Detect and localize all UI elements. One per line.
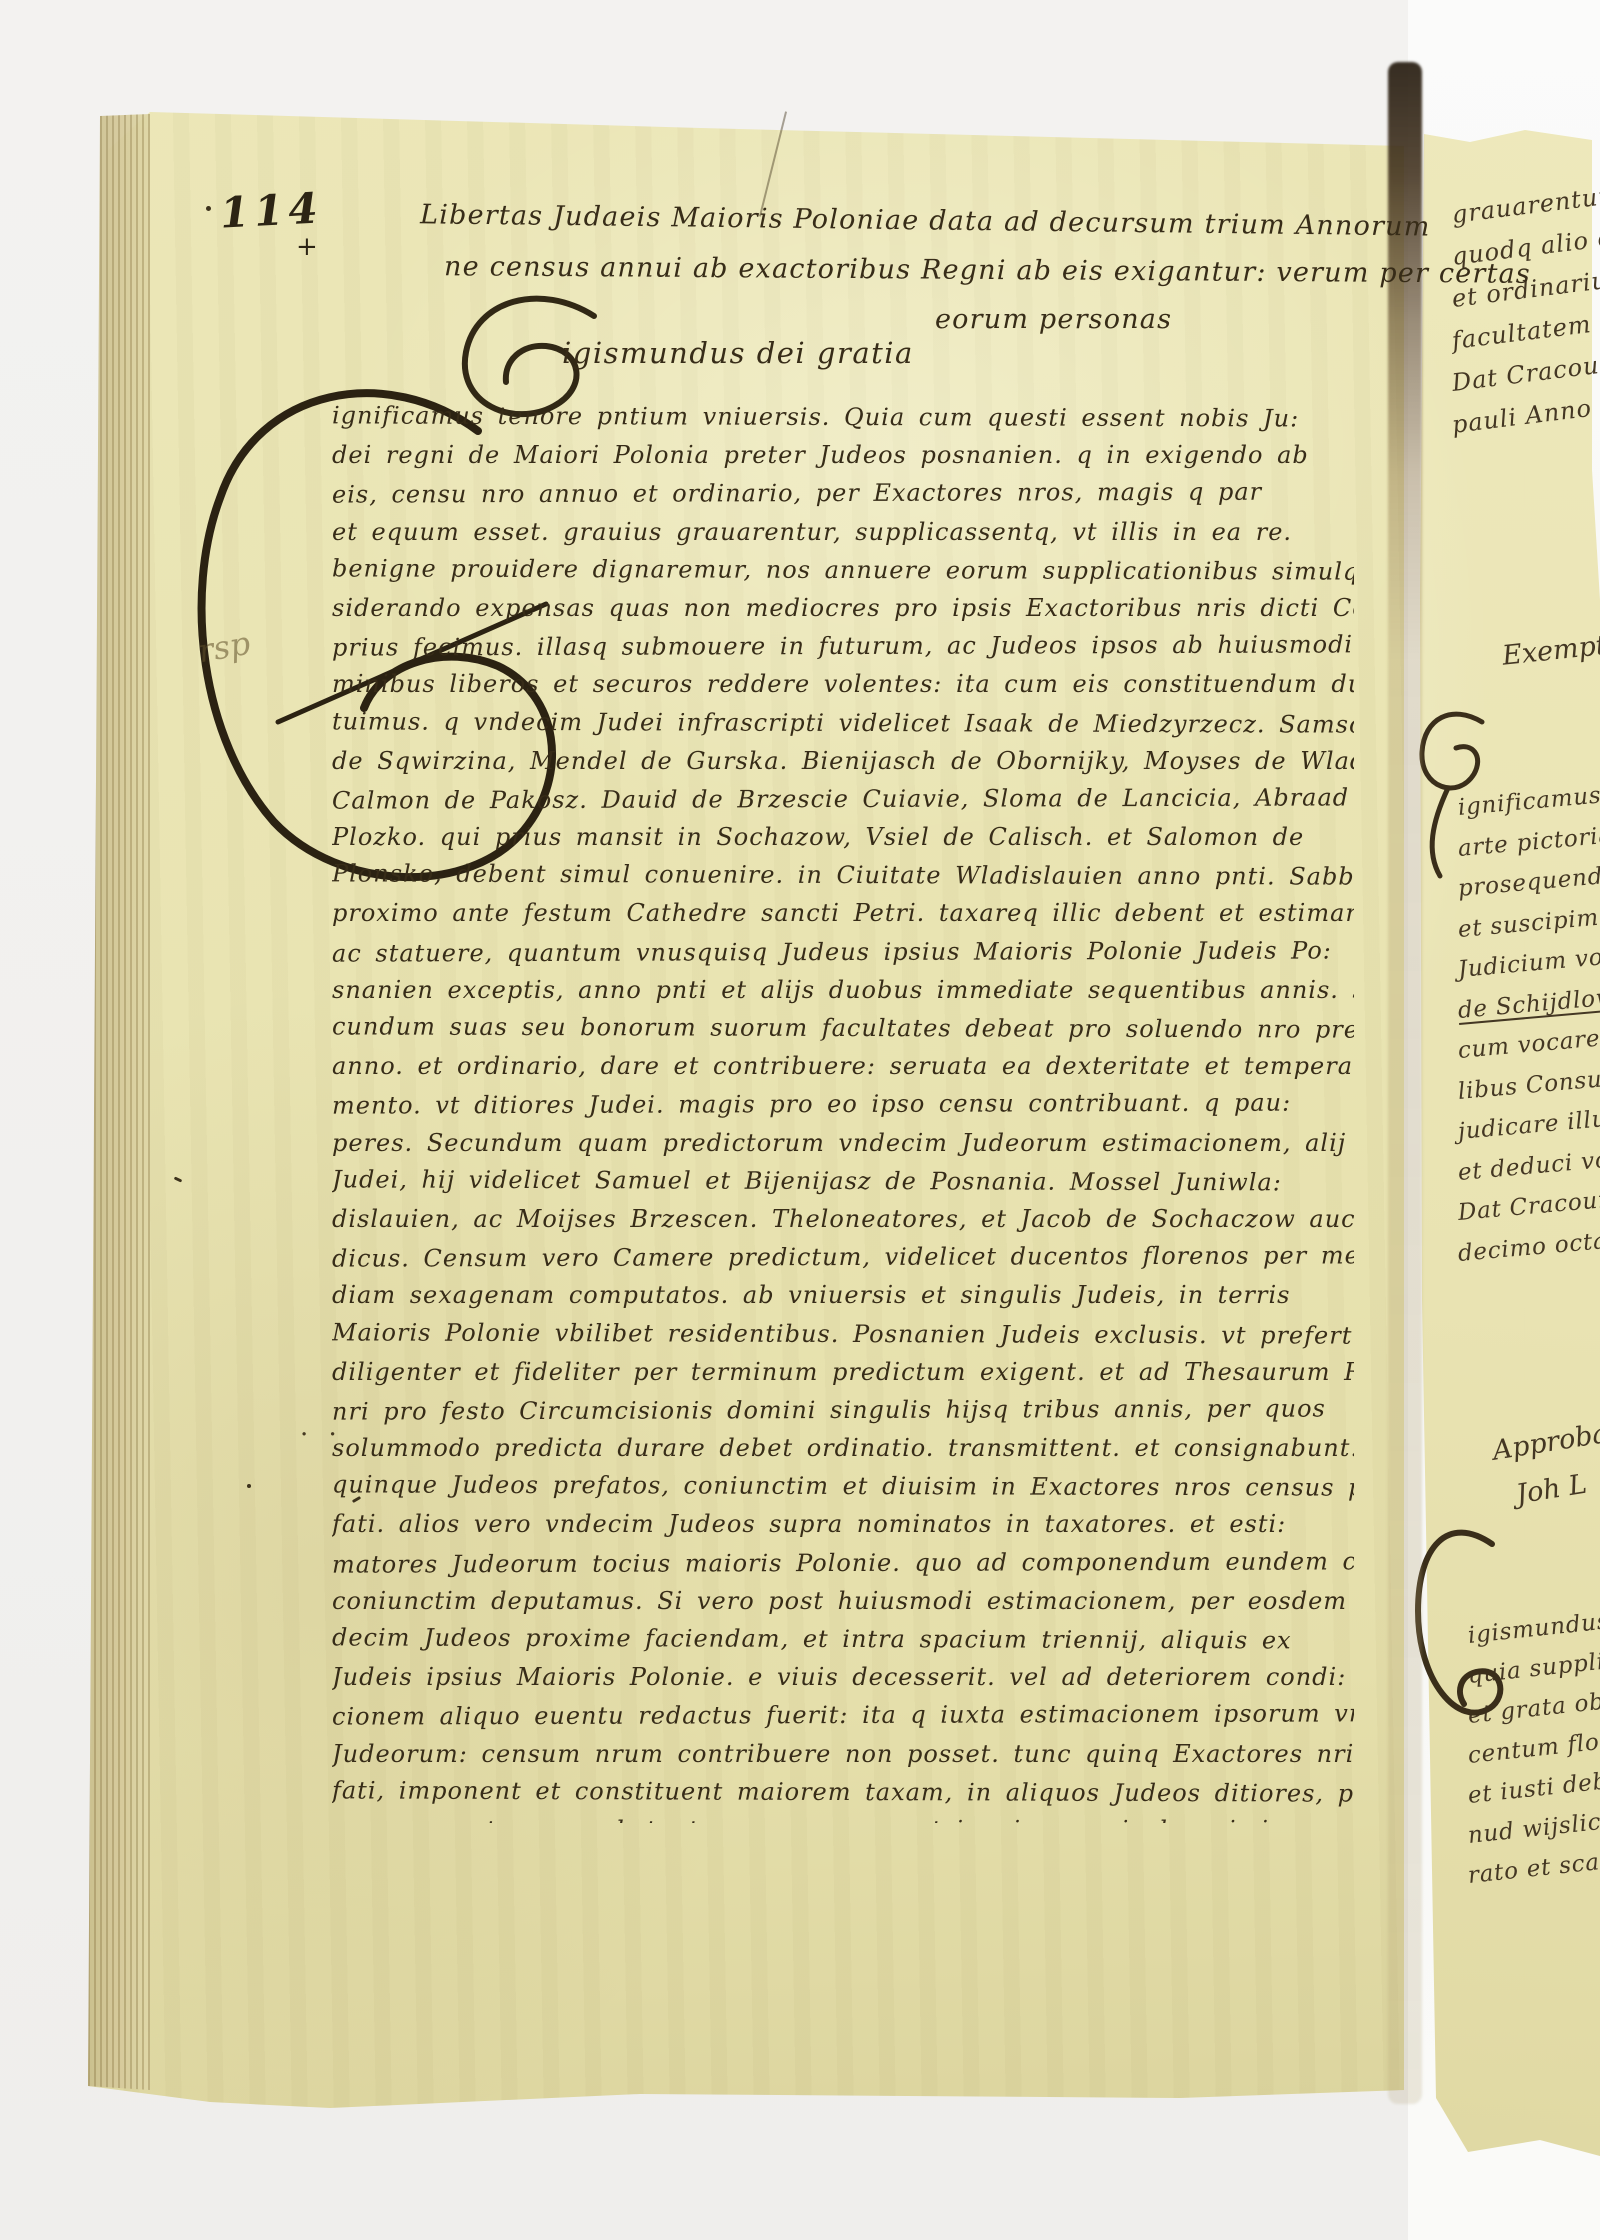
heading-line: eorum personas: [935, 304, 1531, 353]
manuscript-line: benigne prouidere dignaremur, nos annuer…: [332, 549, 1354, 590]
manuscript-line: Maioris Polonie vbilibet residentibus. P…: [332, 1313, 1354, 1354]
manuscript-line: ignificamus tenore pntium vniuersis. Qui…: [332, 398, 1354, 438]
manuscript-line: et equum esset. grauius grauarentur, sup…: [332, 513, 1354, 551]
manuscript-line: Plonsko, debent simul conuenire. in Ciui…: [332, 855, 1354, 896]
manuscript-line: diam sexagenam computatos. ab vniuersis …: [332, 1276, 1354, 1314]
manuscript-line: dei regni de Maiori Polonia preter Judeo…: [332, 436, 1354, 474]
ink-speck: [247, 1484, 251, 1488]
manuscript-photo: grauarentur: in iquodq alio cenet ordina…: [0, 0, 1600, 2240]
incipit-text: igismundus dei gratia: [562, 336, 914, 370]
manuscript-line: fati. alios vero vndecim Judeos supra no…: [332, 1505, 1354, 1543]
illuminated-initial-approbatio: [1412, 1516, 1508, 1736]
manuscript-line: quinque Judeos prefatos, coniunctim et d…: [332, 1466, 1354, 1507]
manuscript-line: ac statuere, quantum vnusquisq Judeus ip…: [332, 931, 1354, 972]
manuscript-line: Plozko. qui prius mansit in Sochazow, Vs…: [332, 818, 1354, 856]
manuscript-line: Judeis ipsius Maioris Polonie. e viuis d…: [332, 1658, 1354, 1696]
manuscript-line: anno. et ordinario, dare et contribuere:…: [332, 1047, 1354, 1085]
manuscript-line: nri pro festo Circumcisionis domini sing…: [332, 1389, 1354, 1430]
manuscript-line: solummodo predicta durare debet ordinati…: [332, 1429, 1354, 1467]
manuscript-line: matores Judeorum tocius maioris Polonie.…: [332, 1542, 1354, 1583]
manuscript-line: fati, imponent et constituent maiorem ta…: [332, 1771, 1354, 1812]
binding-gutter-shadow: [1388, 62, 1422, 2104]
manuscript-line: dislauien, ac Moijses Brzescen. Thelonea…: [332, 1200, 1354, 1238]
folio-cross-mark: +: [296, 232, 318, 262]
heading-line: ne census annui ab exactoribus Regni ab …: [444, 251, 1531, 308]
manuscript-line: peres. Secundum quam predictorum vndecim…: [332, 1124, 1354, 1162]
manuscript-line: siderando expensas quas non mediocres pr…: [332, 589, 1354, 627]
folio-number: 114: [219, 183, 324, 237]
manuscript-line: tuimus. q vndecim Judei infrascripti vid…: [332, 702, 1354, 743]
stacked-page-edges: [88, 112, 150, 2092]
manuscript-line: ore eorum taxa no obstante. ne pauperes …: [332, 1811, 1354, 1823]
manuscript-line: minibus liberos et securos reddere volen…: [332, 665, 1354, 703]
body-text-block: ignificamus tenore pntium vniuersis. Qui…: [332, 398, 1354, 1823]
manuscript-line: diligenter et fideliter per terminum pre…: [332, 1353, 1354, 1391]
rubric-heading: Libertas Judaeis Maioris Poloniae data a…: [420, 206, 1531, 353]
manuscript-line: snanien exceptis, anno pnti et alijs duo…: [332, 971, 1354, 1009]
manuscript-line: dicus. Censum vero Camere predictum, vid…: [332, 1237, 1354, 1278]
manuscript-line: Judeorum: censum nrum contribuere non po…: [332, 1735, 1354, 1773]
ink-speck: [206, 206, 211, 211]
manuscript-line: Judei, hij videlicet Samuel et Bijenijas…: [332, 1160, 1354, 1201]
manuscript-line: Calmon de Pakosz. Dauid de Brzescie Cuia…: [332, 778, 1354, 819]
manuscript-line: cundum suas seu bonorum suorum facultate…: [332, 1007, 1354, 1048]
manuscript-line: eis, censu nro annuo et ordinario, per E…: [332, 473, 1354, 514]
manuscript-line: de Sqwirzina, Mendel de Gurska. Bienijas…: [332, 742, 1354, 780]
manuscript-line: decim Judeos proxime faciendam, et intra…: [332, 1618, 1354, 1659]
manuscript-line: cionem aliquo euentu redactus fuerit: it…: [332, 1695, 1354, 1736]
manuscript-line: coniunctim deputamus. Si vero post huius…: [332, 1582, 1354, 1620]
illuminated-initial-exemptio: [1414, 704, 1492, 884]
manuscript-line: mento. vt ditiores Judei. magis pro eo i…: [332, 1084, 1354, 1125]
manuscript-line: prius fecimus. illasq submouere in futur…: [332, 626, 1354, 667]
manuscript-line: proximo ante festum Cathedre sancti Petr…: [332, 894, 1354, 932]
